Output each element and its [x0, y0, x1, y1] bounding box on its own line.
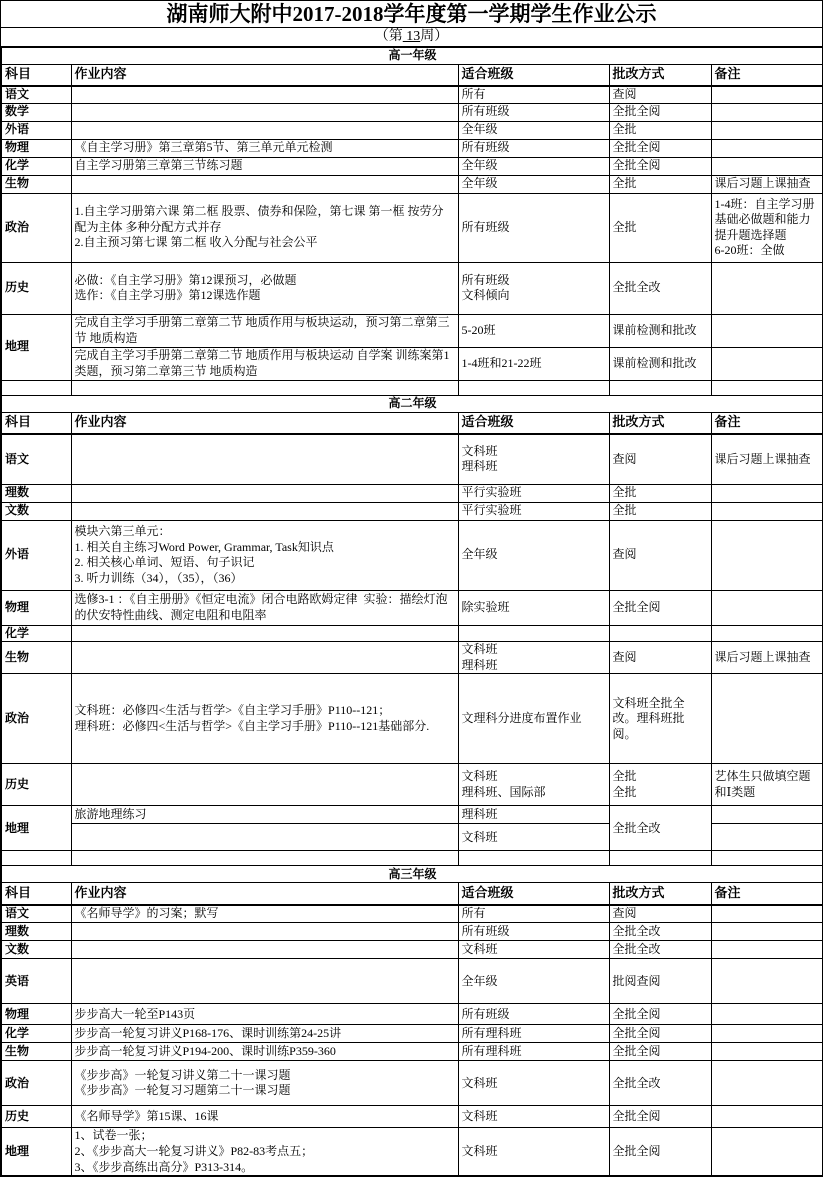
table-row: 化学自主学习册第三章第三节练习题全年级全批全阅 — [1, 157, 823, 175]
cell-classes — [458, 851, 609, 866]
table-row: 完成自主学习手册第二章第二节 地质作用与板块运动 自学案 训练案第1类题，预习第… — [1, 347, 823, 380]
cell-classes: 平行实验班 — [458, 502, 609, 520]
cell-grading: 全批 全批 — [609, 764, 711, 806]
cell-content — [71, 502, 458, 520]
cell-grading: 全批 — [609, 193, 711, 262]
table-row: 数学所有班级全批全阅 — [1, 103, 823, 121]
cell-classes: 所有班级 — [458, 193, 609, 262]
column-header: 适合班级 — [458, 64, 609, 86]
cell-note — [711, 625, 823, 642]
cell-content — [71, 824, 458, 851]
cell-grading: 全批全阅 — [609, 139, 711, 157]
table-row: 物理《自主学习册》第三章第5节、第三单元单元检测所有班级全批全阅 — [1, 139, 823, 157]
table-row: 文数文科班全批全改 — [1, 941, 823, 959]
cell-note — [711, 347, 823, 380]
cell-classes: 所有班级 — [458, 103, 609, 121]
cell-grading: 查阅 — [609, 520, 711, 590]
cell-classes: 5-20班 — [458, 314, 609, 347]
cell-subject: 物理 — [1, 1004, 71, 1025]
cell-subject: 政治 — [1, 193, 71, 262]
cell-grading: 全批 — [609, 484, 711, 502]
section-banner-row: 高一年级 — [1, 47, 823, 64]
cell-content — [71, 642, 458, 674]
cell-content — [71, 175, 458, 193]
cell-content — [71, 941, 458, 959]
empty-row — [1, 851, 823, 866]
cell-content — [71, 86, 458, 103]
cell-classes: 全年级 — [458, 175, 609, 193]
cell-content: 《名师导学》第15课、16课 — [71, 1106, 458, 1128]
cell-content: 文科班：必修四<生活与哲学>《自主学习手册》P110--121； 理科班：必修四… — [71, 674, 458, 764]
cell-grading: 全批全阅 — [609, 1128, 711, 1176]
cell-subject: 物理 — [1, 139, 71, 157]
table-row: 语文文科班 理科班查阅课后习题上课抽查 — [1, 434, 823, 484]
column-header-row: 科目作业内容适合班级批改方式备注 — [1, 412, 823, 434]
table-row: 外语模块六第三单元： 1. 相关自主练习Word Power, Grammar,… — [1, 520, 823, 590]
table-row: 理数平行实验班全批 — [1, 484, 823, 502]
cell-grading: 全批 — [609, 175, 711, 193]
cell-subject: 理数 — [1, 923, 71, 941]
column-header: 备注 — [711, 412, 823, 434]
table-row: 生物步步高一轮复习讲义P194-200、课时训练P359-360所有理科班全批全… — [1, 1043, 823, 1061]
cell-subject: 政治 — [1, 674, 71, 764]
cell-note — [711, 484, 823, 502]
week-subtitle-prefix: （第 — [375, 29, 403, 44]
cell-content: 步步高大一轮至P143页 — [71, 1004, 458, 1025]
cell-subject: 生物 — [1, 175, 71, 193]
cell-note — [711, 1025, 823, 1043]
cell-note — [711, 1106, 823, 1128]
cell-note — [711, 86, 823, 103]
cell-content: 步步高一轮复习讲义P168-176、课时训练第24-25讲 — [71, 1025, 458, 1043]
table-row: 物理步步高大一轮至P143页所有班级全批全阅 — [1, 1004, 823, 1025]
cell-classes: 文理科分进度布置作业 — [458, 674, 609, 764]
cell-classes: 文科班 — [458, 941, 609, 959]
cell-grading: 全批全阅 — [609, 1025, 711, 1043]
cell-note: 艺体生只做填空题和Ⅰ类题 — [711, 764, 823, 806]
cell-subject: 化学 — [1, 157, 71, 175]
table-row: 物理选修3-1 ：《自主册册》《恒定电流》闭合电路欧姆定律 实验：描绘灯泡的伏安… — [1, 590, 823, 625]
cell-classes: 所有理科班 — [458, 1025, 609, 1043]
cell-note — [711, 959, 823, 1004]
column-header: 作业内容 — [71, 64, 458, 86]
cell-grading: 全批全阅 — [609, 1106, 711, 1128]
cell-note: 课后习题上课抽查 — [711, 434, 823, 484]
cell-grading: 全批全改 — [609, 1061, 711, 1106]
cell-note — [711, 139, 823, 157]
cell-grading: 全批全改 — [609, 806, 711, 851]
cell-content: 选修3-1 ：《自主册册》《恒定电流》闭合电路欧姆定律 实验：描绘灯泡的伏安特性… — [71, 590, 458, 625]
cell-content: 1.自主学习册第六课 第二框 股票、债券和保险，第七课 第一框 按劳分配为主体 … — [71, 193, 458, 262]
cell-content — [71, 764, 458, 806]
section-banner: 高二年级 — [1, 395, 823, 412]
cell-note — [711, 1043, 823, 1061]
week-subtitle-suffix: 周） — [420, 29, 448, 44]
table-row: 生物文科班 理科班查阅课后习题上课抽查 — [1, 642, 823, 674]
cell-subject: 语文 — [1, 86, 71, 103]
cell-grading: 查阅 — [609, 86, 711, 103]
table-row: 英语全年级批阅查阅 — [1, 959, 823, 1004]
cell-content — [71, 923, 458, 941]
cell-note — [711, 380, 823, 395]
cell-note — [711, 103, 823, 121]
table-row: 文数平行实验班全批 — [1, 502, 823, 520]
cell-subject: 历史 — [1, 764, 71, 806]
cell-grading: 全批全阅 — [609, 103, 711, 121]
homework-announcement-sheet: 湖南师大附中2017-2018学年度第一学期学生作业公示 （第 13周） 高一年… — [0, 0, 823, 1177]
cell-grading: 全批全阅 — [609, 1004, 711, 1025]
week-subtitle: （第 13周） — [1, 28, 822, 46]
table-row: 政治《步步高》一轮复习讲义第二十一课习题 《步步高》一轮复习习题第二十一课习题文… — [1, 1061, 823, 1106]
table-row: 化学 — [1, 625, 823, 642]
cell-subject: 地理 — [1, 1128, 71, 1176]
cell-classes: 理科班 — [458, 806, 609, 824]
cell-grading: 课前检测和批改 — [609, 347, 711, 380]
cell-grading: 全批全改 — [609, 941, 711, 959]
cell-note — [711, 851, 823, 866]
cell-classes: 文科班 理科班 — [458, 434, 609, 484]
table-row: 理数所有班级全批全改 — [1, 923, 823, 941]
cell-grading — [609, 851, 711, 866]
cell-note — [711, 262, 823, 314]
cell-content: 步步高一轮复习讲义P194-200、课时训练P359-360 — [71, 1043, 458, 1061]
column-header: 适合班级 — [458, 412, 609, 434]
cell-subject: 语文 — [1, 434, 71, 484]
cell-grading: 全批全阅 — [609, 157, 711, 175]
page-title: 湖南师大附中2017-2018学年度第一学期学生作业公示 — [1, 1, 822, 28]
cell-note — [711, 905, 823, 923]
cell-subject: 文数 — [1, 502, 71, 520]
cell-grading: 查阅 — [609, 642, 711, 674]
cell-subject — [1, 851, 71, 866]
cell-classes: 所有班级 — [458, 1004, 609, 1025]
table-row: 地理完成自主学习手册第二章第二节 地质作用与板块运动，预习第二章第三节 地质构造… — [1, 314, 823, 347]
cell-classes: 文科班 — [458, 1106, 609, 1128]
cell-note — [711, 590, 823, 625]
cell-note — [711, 502, 823, 520]
cell-classes: 所有 — [458, 86, 609, 103]
table-row: 政治文科班：必修四<生活与哲学>《自主学习手册》P110--121； 理科班：必… — [1, 674, 823, 764]
column-header: 适合班级 — [458, 883, 609, 905]
cell-subject: 生物 — [1, 1043, 71, 1061]
cell-grading: 课前检测和批改 — [609, 314, 711, 347]
cell-note — [711, 314, 823, 347]
cell-classes: 文科班 — [458, 1128, 609, 1176]
cell-content — [71, 959, 458, 1004]
cell-content — [71, 103, 458, 121]
cell-note — [711, 520, 823, 590]
section-banner: 高三年级 — [1, 866, 823, 883]
column-header: 备注 — [711, 883, 823, 905]
cell-note — [711, 824, 823, 851]
cell-classes: 文科班 — [458, 1061, 609, 1106]
cell-content: 模块六第三单元： 1. 相关自主练习Word Power, Grammar, T… — [71, 520, 458, 590]
cell-content: 《名师导学》的习案；默写 — [71, 905, 458, 923]
cell-note — [711, 121, 823, 139]
cell-classes: 文科班 理科班、国际部 — [458, 764, 609, 806]
cell-classes: 全年级 — [458, 959, 609, 1004]
cell-content: 完成自主学习手册第二章第二节 地质作用与板块运动，预习第二章第三节 地质构造 — [71, 314, 458, 347]
cell-subject: 历史 — [1, 262, 71, 314]
table-row: 地理1、试卷一张； 2、《步步高大一轮复习讲义》P82-83考点五； 3、《步步… — [1, 1128, 823, 1176]
table-row: 生物全年级全批课后习题上课抽查 — [1, 175, 823, 193]
cell-subject: 语文 — [1, 905, 71, 923]
cell-subject: 英语 — [1, 959, 71, 1004]
column-header: 批改方式 — [609, 412, 711, 434]
cell-content — [71, 380, 458, 395]
cell-grading: 全批 — [609, 121, 711, 139]
cell-classes: 1-4班和21-22班 — [458, 347, 609, 380]
homework-table: 高一年级科目作业内容适合班级批改方式备注语文所有查阅数学所有班级全批全阅外语全年… — [0, 46, 823, 1177]
cell-note — [711, 806, 823, 824]
cell-content — [71, 434, 458, 484]
section-banner: 高一年级 — [1, 47, 823, 64]
cell-content: 旅游地理练习 — [71, 806, 458, 824]
cell-grading: 批阅查阅 — [609, 959, 711, 1004]
cell-classes: 所有 — [458, 905, 609, 923]
table-row: 语文所有查阅 — [1, 86, 823, 103]
cell-classes — [458, 625, 609, 642]
cell-subject: 地理 — [1, 314, 71, 380]
cell-classes: 文科班 — [458, 824, 609, 851]
cell-content: 自主学习册第三章第三节练习题 — [71, 157, 458, 175]
cell-subject: 文数 — [1, 941, 71, 959]
column-header-row: 科目作业内容适合班级批改方式备注 — [1, 883, 823, 905]
cell-classes: 全年级 — [458, 157, 609, 175]
cell-note: 课后习题上课抽查 — [711, 642, 823, 674]
cell-content: 1、试卷一张； 2、《步步高大一轮复习讲义》P82-83考点五； 3、《步步高练… — [71, 1128, 458, 1176]
cell-grading: 全批全改 — [609, 923, 711, 941]
cell-content: 完成自主学习手册第二章第二节 地质作用与板块运动 自学案 训练案第1类题，预习第… — [71, 347, 458, 380]
cell-subject: 政治 — [1, 1061, 71, 1106]
column-header-row: 科目作业内容适合班级批改方式备注 — [1, 64, 823, 86]
cell-classes: 所有班级 — [458, 923, 609, 941]
cell-note: 课后习题上课抽查 — [711, 175, 823, 193]
column-header: 科目 — [1, 64, 71, 86]
cell-grading: 全批全阅 — [609, 590, 711, 625]
cell-content — [71, 625, 458, 642]
cell-note — [711, 1061, 823, 1106]
cell-subject: 理数 — [1, 484, 71, 502]
cell-subject: 化学 — [1, 625, 71, 642]
cell-note — [711, 941, 823, 959]
table-row: 语文《名师导学》的习案；默写所有查阅 — [1, 905, 823, 923]
cell-grading: 查阅 — [609, 905, 711, 923]
column-header: 科目 — [1, 883, 71, 905]
section-banner-row: 高二年级 — [1, 395, 823, 412]
cell-grading: 全批全阅 — [609, 1043, 711, 1061]
cell-subject — [1, 380, 71, 395]
week-number: 13 — [403, 29, 421, 44]
table-row: 地理旅游地理练习理科班全批全改 — [1, 806, 823, 824]
table-row: 政治1.自主学习册第六课 第二框 股票、债券和保险，第七课 第一框 按劳分配为主… — [1, 193, 823, 262]
column-header: 作业内容 — [71, 412, 458, 434]
column-header: 备注 — [711, 64, 823, 86]
cell-subject: 数学 — [1, 103, 71, 121]
cell-subject: 外语 — [1, 520, 71, 590]
cell-subject: 化学 — [1, 1025, 71, 1043]
cell-classes — [458, 380, 609, 395]
table-row: 化学步步高一轮复习讲义P168-176、课时训练第24-25讲所有理科班全批全阅 — [1, 1025, 823, 1043]
cell-content: 《步步高》一轮复习讲义第二十一课习题 《步步高》一轮复习习题第二十一课习题 — [71, 1061, 458, 1106]
column-header: 批改方式 — [609, 883, 711, 905]
cell-content — [71, 121, 458, 139]
empty-row — [1, 380, 823, 395]
cell-grading — [609, 625, 711, 642]
cell-classes: 所有理科班 — [458, 1043, 609, 1061]
cell-grading: 全批全改 — [609, 262, 711, 314]
cell-grading: 文科班全批全改。理科班批阅。 — [609, 674, 711, 764]
table-row: 历史文科班 理科班、国际部全批 全批艺体生只做填空题和Ⅰ类题 — [1, 764, 823, 806]
cell-content — [71, 484, 458, 502]
cell-note — [711, 1128, 823, 1176]
cell-subject: 外语 — [1, 121, 71, 139]
cell-classes: 平行实验班 — [458, 484, 609, 502]
cell-note — [711, 923, 823, 941]
cell-content — [71, 851, 458, 866]
section-banner-row: 高三年级 — [1, 866, 823, 883]
cell-classes: 文科班 理科班 — [458, 642, 609, 674]
cell-content: 《自主学习册》第三章第5节、第三单元单元检测 — [71, 139, 458, 157]
cell-grading: 全批 — [609, 502, 711, 520]
cell-subject: 地理 — [1, 806, 71, 851]
column-header: 作业内容 — [71, 883, 458, 905]
cell-classes: 除实验班 — [458, 590, 609, 625]
cell-note — [711, 157, 823, 175]
cell-classes: 全年级 — [458, 121, 609, 139]
cell-classes: 全年级 — [458, 520, 609, 590]
cell-subject: 物理 — [1, 590, 71, 625]
cell-grading: 查阅 — [609, 434, 711, 484]
cell-content: 必做：《自主学习册》第12课预习，必做题 选作：《自主学习册》第12课选作题 — [71, 262, 458, 314]
cell-note — [711, 674, 823, 764]
table-row: 外语全年级全批 — [1, 121, 823, 139]
table-row: 历史《名师导学》第15课、16课文科班全批全阅 — [1, 1106, 823, 1128]
cell-subject: 历史 — [1, 1106, 71, 1128]
cell-note — [711, 1004, 823, 1025]
cell-grading — [609, 380, 711, 395]
column-header: 科目 — [1, 412, 71, 434]
cell-classes: 所有班级 — [458, 139, 609, 157]
table-row: 历史必做：《自主学习册》第12课预习，必做题 选作：《自主学习册》第12课选作题… — [1, 262, 823, 314]
column-header: 批改方式 — [609, 64, 711, 86]
cell-note: 1-4班：自主学习册基础必做题和能力提升题选择题 6-20班：全做 — [711, 193, 823, 262]
cell-subject: 生物 — [1, 642, 71, 674]
cell-classes: 所有班级 文科倾向 — [458, 262, 609, 314]
